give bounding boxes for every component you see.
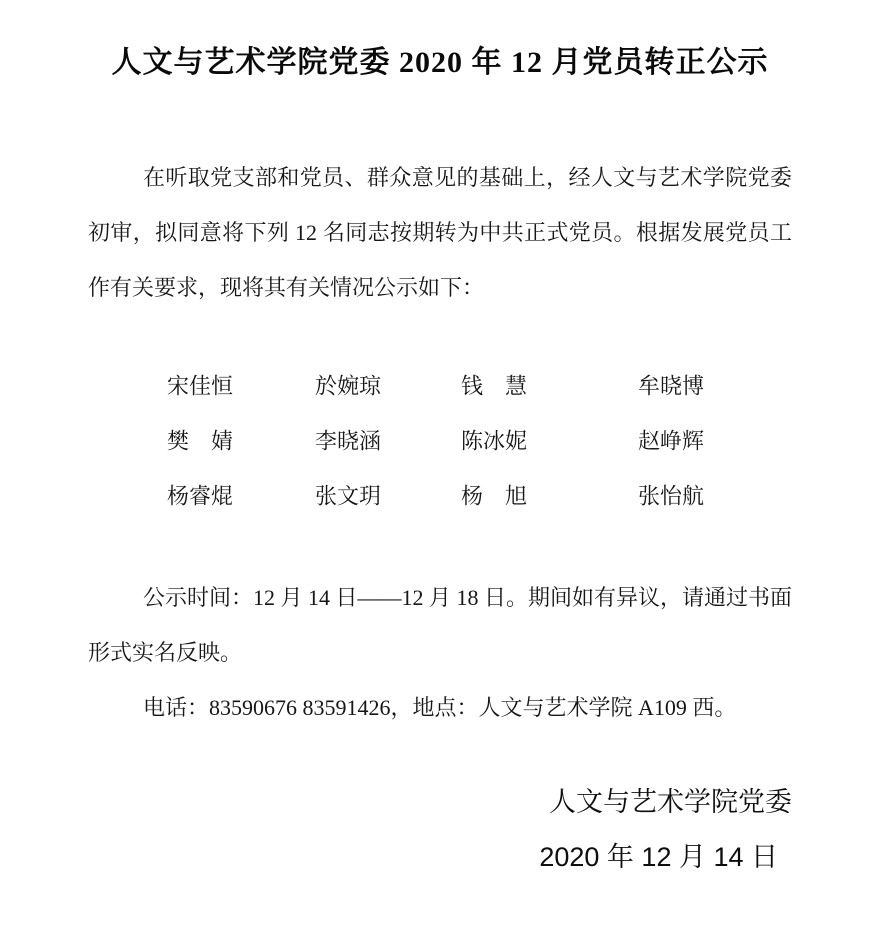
name-row-1: 宋佳恒 於婉琼 钱 慧 牟晓博 (88, 357, 792, 412)
member-name: 李晓涵 (315, 424, 381, 455)
member-name: 张文玥 (315, 479, 381, 510)
name-row-2: 樊 婧 李晓涵 陈冰妮 赵峥辉 (88, 412, 792, 467)
member-name: 於婉琼 (315, 369, 381, 400)
member-name: 张怡航 (638, 479, 704, 510)
member-name: 樊 婧 (167, 424, 233, 455)
member-name: 杨睿焜 (167, 479, 233, 510)
name-row-3: 杨睿焜 张文玥 杨 旭 张怡航 (88, 467, 792, 522)
member-name-grid: 宋佳恒 於婉琼 钱 慧 牟晓博 樊 婧 李晓涵 陈冰妮 赵峥辉 杨睿焜 张文玥 … (88, 357, 792, 522)
member-name: 赵峥辉 (638, 424, 704, 455)
member-name: 宋佳恒 (167, 369, 233, 400)
notice-period-paragraph: 公示时间：12 月 14 日——12 月 18 日。期间如有异议，请通过书面形式… (88, 570, 792, 680)
member-name: 陈冰妮 (461, 424, 527, 455)
document-title: 人文与艺术学院党委 2020 年 12 月党员转正公示 (88, 0, 792, 84)
announcement-document-page: 人文与艺术学院党委 2020 年 12 月党员转正公示 在听取党支部和党员、群众… (0, 0, 882, 943)
member-name: 杨 旭 (461, 479, 527, 510)
member-name: 牟晓博 (638, 369, 704, 400)
intro-paragraph: 在听取党支部和党员、群众意见的基础上，经人文与艺术学院党委初审，拟同意将下列 1… (88, 150, 792, 315)
signature-date: 2020 年 12 月 14 日 (88, 830, 792, 885)
contact-paragraph: 电话：83590676 83591426，地点：人文与艺术学院 A109 西。 (88, 680, 792, 735)
member-name: 钱 慧 (461, 369, 527, 400)
signature-organization: 人文与艺术学院党委 (88, 775, 792, 830)
